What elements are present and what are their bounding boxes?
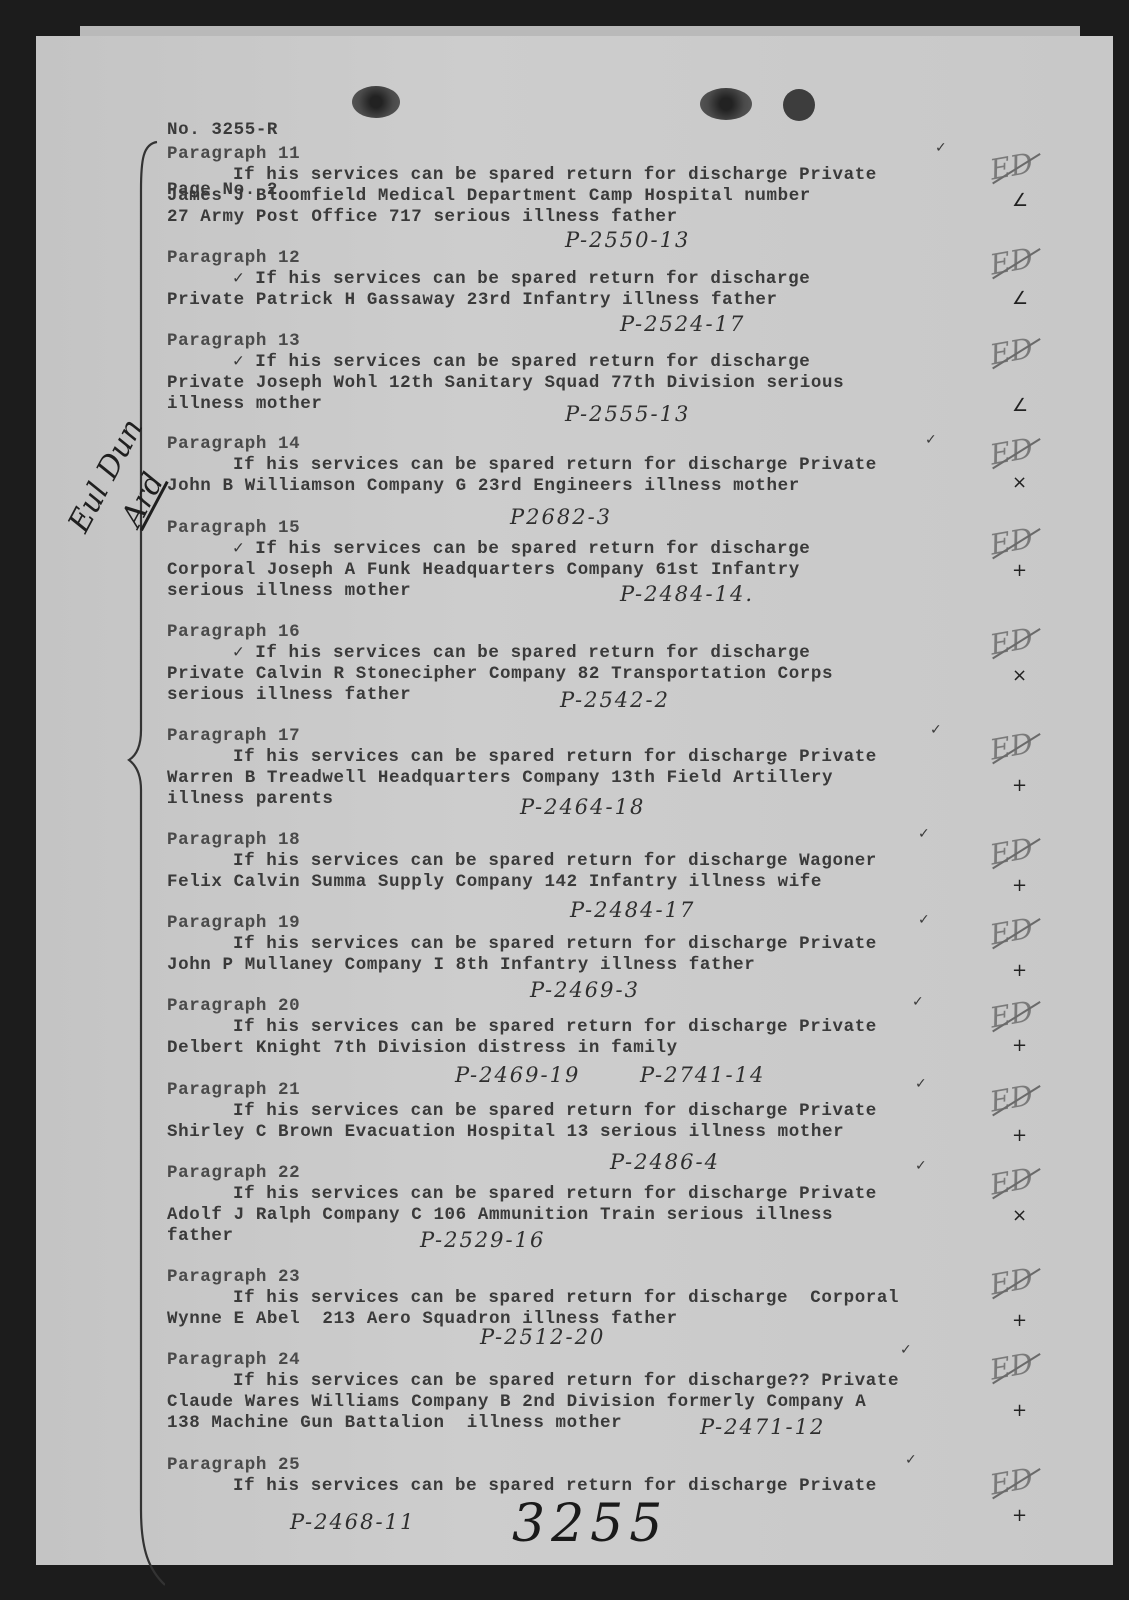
paragraph-text-line: If his services can be spared return for… — [167, 1288, 987, 1309]
handwritten-reference: P-2529-16 — [420, 1228, 545, 1252]
paragraph-text-line: Corporal Joseph A Funk Headquarters Comp… — [167, 560, 987, 581]
paragraph-text-line: James J Bloomfield Medical Department Ca… — [167, 186, 987, 207]
margin-check-mark: + — [1012, 1400, 1027, 1421]
paragraph-text-line: If his services can be spared return for… — [167, 934, 987, 955]
paragraph-text-line: John B Williamson Company G 23rd Enginee… — [167, 476, 987, 497]
punch-hole — [352, 86, 400, 118]
paragraph-text-line: ✓ If his services can be spared return f… — [167, 352, 987, 373]
checkmark-icon: ✓ — [900, 1342, 912, 1358]
margin-check-mark: + — [1012, 775, 1027, 796]
punch-hole — [783, 89, 815, 121]
margin-check-mark: + — [1012, 1310, 1027, 1331]
paragraph-entry: Paragraph 14If his services can be spare… — [167, 434, 987, 497]
paragraph-heading: Paragraph 11 — [167, 144, 987, 165]
paragraph-entry: Paragraph 18If his services can be spare… — [167, 830, 987, 893]
handwritten-reference: P-2468-11 — [290, 1510, 415, 1534]
checkmark-icon: ✓ — [915, 1158, 927, 1174]
margin-check-mark: + — [1012, 1035, 1027, 1056]
paragraph-text-line: Private Joseph Wohl 12th Sanitary Squad … — [167, 373, 987, 394]
paragraph-text-line: Delbert Knight 7th Division distress in … — [167, 1038, 987, 1059]
paragraph-text-line: Claude Wares Williams Company B 2nd Divi… — [167, 1392, 987, 1413]
paragraph-heading: Paragraph 22 — [167, 1163, 987, 1184]
checkmark-icon: ✓ — [918, 826, 930, 842]
paragraph-text-line: If his services can be spared return for… — [167, 165, 987, 186]
margin-check-mark: ∠ — [1012, 190, 1028, 211]
paragraph-heading: Paragraph 24 — [167, 1350, 987, 1371]
paragraph-heading: Paragraph 17 — [167, 726, 987, 747]
handwritten-reference: P-2512-20 — [480, 1325, 605, 1349]
paragraph-text-line: If his services can be spared return for… — [167, 1101, 987, 1122]
paragraph-text-line: Private Patrick H Gassaway 23rd Infantry… — [167, 290, 987, 311]
handwritten-reference: P-2542-2 — [560, 688, 670, 712]
paragraph-heading: Paragraph 14 — [167, 434, 987, 455]
checkmark-icon: ✓ — [912, 994, 924, 1010]
checkmark-icon: ✓ — [915, 1076, 927, 1092]
margin-check-mark: + — [1012, 1505, 1027, 1526]
paragraph-heading: Paragraph 18 — [167, 830, 987, 851]
paragraph-text-line: Private Calvin R Stonecipher Company 82 … — [167, 664, 987, 685]
paragraph-text-line: If his services can be spared return for… — [167, 1371, 987, 1392]
paragraph-text-line: Felix Calvin Summa Supply Company 142 In… — [167, 872, 987, 893]
paragraph-heading: Paragraph 25 — [167, 1455, 987, 1476]
paragraph-text-line: serious illness mother — [167, 581, 987, 602]
paragraph-text-line: If his services can be spared return for… — [167, 455, 987, 476]
checkmark-icon: ✓ — [925, 432, 937, 448]
paragraph-heading: Paragraph 16 — [167, 622, 987, 643]
paragraph-text-line: ✓ If his services can be spared return f… — [167, 643, 987, 664]
margin-check-mark: + — [1012, 875, 1027, 896]
paragraph-entry: Paragraph 22If his services can be spare… — [167, 1163, 987, 1247]
paragraph-text-line: father — [167, 1226, 987, 1247]
paragraph-text-line: 138 Machine Gun Battalion illness mother — [167, 1413, 987, 1434]
margin-check-mark: + — [1012, 1125, 1027, 1146]
paragraph-heading: Paragraph 19 — [167, 913, 987, 934]
margin-check-mark: × — [1012, 472, 1027, 493]
paragraph-heading: Paragraph 20 — [167, 996, 987, 1017]
paragraph-heading: Paragraph 13 — [167, 331, 987, 352]
paragraph-entry: Paragraph 24If his services can be spare… — [167, 1350, 987, 1434]
checkmark-icon: ✓ — [905, 1452, 917, 1468]
paragraph-text-line: Adolf J Ralph Company C 106 Ammunition T… — [167, 1205, 987, 1226]
handwritten-reference: P-2555-13 — [565, 402, 690, 426]
margin-check-mark: ∠ — [1012, 395, 1028, 416]
paragraph-entry: Paragraph 15✓ If his services can be spa… — [167, 518, 987, 602]
paragraph-entry: Paragraph 12✓ If his services can be spa… — [167, 248, 987, 311]
paragraph-text-line: If his services can be spared return for… — [167, 1184, 987, 1205]
paragraph-text-line: If his services can be spared return for… — [167, 747, 987, 768]
paragraph-text-line: If his services can be spared return for… — [167, 1017, 987, 1038]
paragraph-heading: Paragraph 21 — [167, 1080, 987, 1101]
paragraph-text-line: ✓ If his services can be spared return f… — [167, 269, 987, 290]
paragraph-text-line: If his services can be spared return for… — [167, 851, 987, 872]
paragraph-entry: Paragraph 11If his services can be spare… — [167, 144, 987, 228]
handwritten-reference: P-2471-12 — [700, 1415, 825, 1439]
margin-check-mark: + — [1012, 560, 1027, 581]
paragraph-text-line: John P Mullaney Company I 8th Infantry i… — [167, 955, 987, 976]
paragraph-entry: Paragraph 20If his services can be spare… — [167, 996, 987, 1059]
checkmark-icon: ✓ — [935, 140, 947, 156]
paragraph-heading: Paragraph 12 — [167, 248, 987, 269]
paragraph-text-line: ✓ If his services can be spared return f… — [167, 539, 987, 560]
paragraph-text-line: 27 Army Post Office 717 serious illness … — [167, 207, 987, 228]
paragraph-entry: Paragraph 21If his services can be spare… — [167, 1080, 987, 1143]
document-number: No. 3255-R — [167, 120, 278, 140]
handwritten-reference: P-2464-18 — [520, 795, 645, 819]
paragraph-text-line: Shirley C Brown Evacuation Hospital 13 s… — [167, 1122, 987, 1143]
punch-hole — [700, 88, 752, 120]
margin-check-mark: + — [1012, 960, 1027, 981]
file-number: 3255 — [512, 1494, 668, 1554]
handwritten-reference: P-2484-14. — [620, 582, 754, 606]
paragraph-entry: Paragraph 19If his services can be spare… — [167, 913, 987, 976]
paragraph-heading: Paragraph 23 — [167, 1267, 987, 1288]
margin-check-mark: ∠ — [1012, 288, 1028, 309]
bracket-brace — [125, 130, 165, 1590]
paragraph-entry: Paragraph 25If his services can be spare… — [167, 1455, 987, 1497]
paragraph-heading: Paragraph 15 — [167, 518, 987, 539]
margin-check-mark: × — [1012, 1205, 1027, 1226]
paragraph-entry: Paragraph 23If his services can be spare… — [167, 1267, 987, 1330]
paragraph-text-line: Warren B Treadwell Headquarters Company … — [167, 768, 987, 789]
checkmark-icon: ✓ — [930, 722, 942, 738]
checkmark-icon: ✓ — [918, 912, 930, 928]
margin-check-mark: × — [1012, 665, 1027, 686]
